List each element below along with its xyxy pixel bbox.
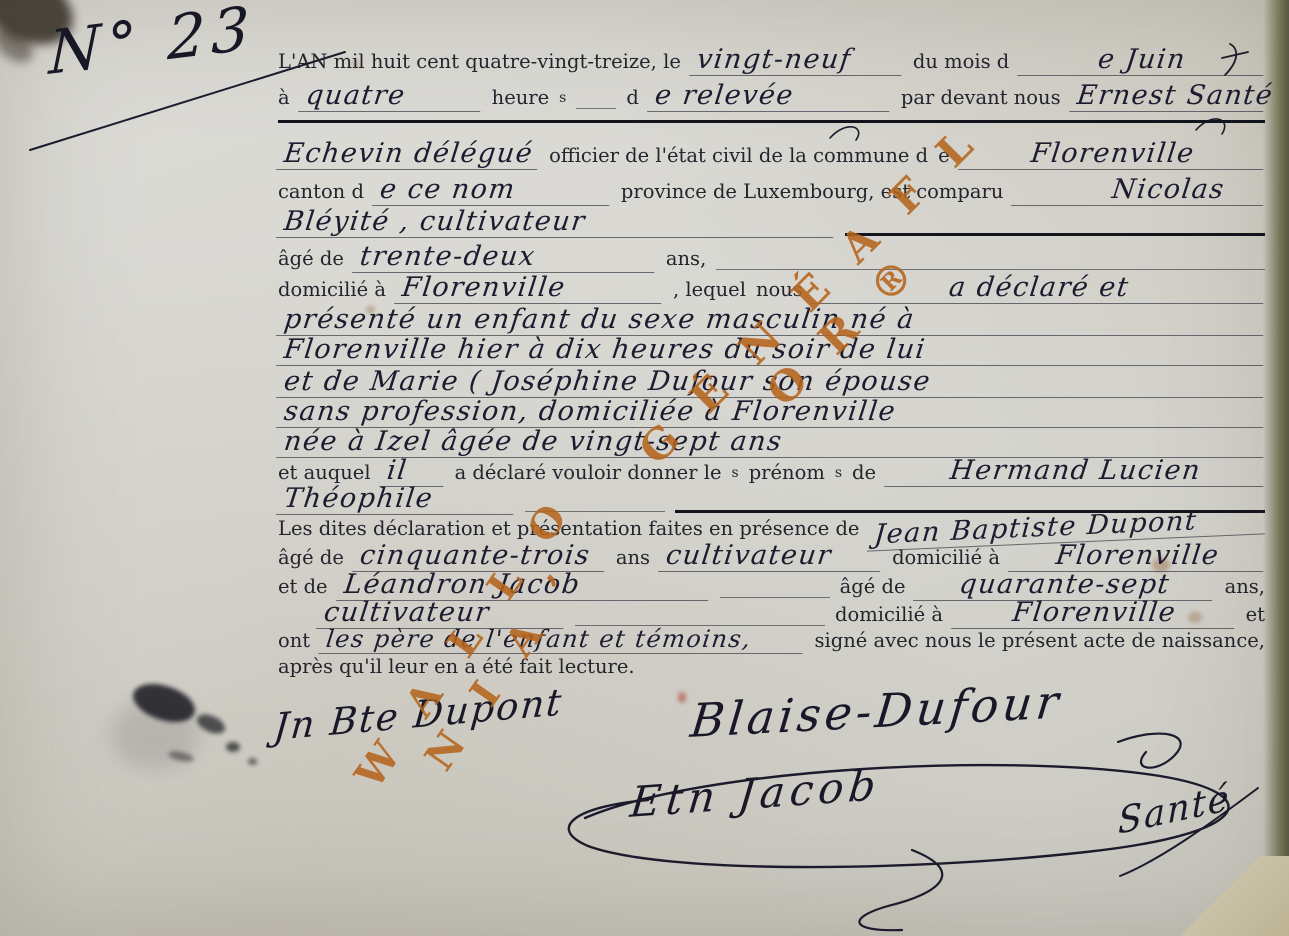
handwritten-witness1-occupation: cultivateur (658, 542, 884, 572)
handwritten-domicile: Florenville (394, 274, 665, 304)
printed-text: ans, (666, 247, 706, 270)
printed-text: âgé de (840, 575, 906, 598)
form-line-8: domicilié à Florenville , lequel nous a … (278, 274, 1265, 304)
handwritten-declaration: a déclaré et (811, 274, 1267, 304)
signature-witness2: Etn Jacob (628, 760, 883, 827)
form-line-12: sans profession, domiciliée à Florenvill… (278, 398, 1265, 428)
signature-witness1: Jn Bte Dupont (272, 680, 565, 749)
printed-text: du mois d (913, 50, 1009, 73)
handwritten-month: e Juin (1017, 46, 1266, 76)
handwritten-child-firstnames: Hermand Lucien (884, 457, 1267, 487)
birth-certificate-page: N° 23 L'AN mil huit cent quatre-vingt-tr… (0, 0, 1289, 936)
handwritten-text: née à Izel âgée de vingt-sept ans (276, 428, 1267, 458)
printed-plural-s: s (835, 465, 842, 481)
form-line-9: présenté un enfant du sexe masculin né à (278, 306, 1265, 336)
handwritten-witness1-age: cinquante-trois (352, 542, 608, 572)
printed-text: officier de l'état civil de la commune d (549, 144, 928, 167)
form-line-7: âgé de trente-deux ans, (278, 243, 1265, 273)
printed-text: , lequel (673, 278, 746, 301)
printed-text: domicilié à (892, 546, 1000, 569)
handwritten-registrar-name: Ernest Santé (1069, 82, 1267, 112)
handwritten-day: vingt-neuf (689, 46, 905, 76)
handwritten-canton: e ce nom (372, 176, 613, 206)
handwritten-mother-name: et de Marie ( Joséphine Dufour son épous… (276, 368, 1267, 398)
handwritten-declarant-firstname: Nicolas (1012, 176, 1267, 206)
printed-text: prénom (749, 461, 825, 484)
handwritten-age: trente-deux (352, 243, 658, 273)
printed-plural-s: s (732, 465, 739, 481)
printed-text: signé avec nous le présent acte de naiss… (815, 629, 1265, 652)
handwritten-relevee: e relevée (647, 82, 893, 112)
printed-text: après qu'il leur en a été fait lecture. (278, 655, 635, 678)
form-line-2: à quatre heure s d e relevée par devant … (278, 82, 1265, 112)
blank-rule (525, 509, 665, 512)
handwritten-witness1-domicile: Florenville (1008, 542, 1267, 572)
handwritten-child-firstname-3: Théophile (276, 485, 517, 515)
handwritten-commune: Florenville (958, 140, 1267, 170)
blank-rule (716, 267, 1265, 270)
handwritten-witness2-domicile: Florenville (951, 599, 1237, 629)
printed-text: nous (756, 278, 803, 301)
printed-text: domicilié à (835, 603, 943, 626)
form-line-17: âgé de cinquante-trois ans cultivateur d… (278, 542, 1265, 572)
printed-text: canton d (278, 180, 364, 203)
printed-text: âgé de (278, 546, 344, 569)
form-line-20: ont les père de l'enfant et témoins, sig… (278, 627, 1265, 654)
printed-text: L'AN mil huit cent quatre-vingt-treize, … (278, 50, 681, 73)
blank-rule (720, 595, 830, 598)
printed-text: domicilié à (278, 278, 386, 301)
printed-text: e (938, 144, 950, 167)
form-line-6: Bléyité , cultivateur (278, 208, 1265, 238)
blank-rule (576, 106, 616, 109)
form-line-16: Les dites déclaration et présentation fa… (278, 513, 1265, 543)
printed-text: ans, (1225, 575, 1265, 598)
form-line-21: après qu'il leur en a été fait lecture. (278, 655, 1265, 678)
handwritten-title: Echevin délégué (276, 140, 541, 170)
filled-blank-rule (278, 120, 1265, 123)
handwritten-text: sans profession, domiciliée à Florenvill… (276, 398, 1267, 428)
printed-plural-s: s (559, 90, 566, 106)
form-line-11: et de Marie ( Joséphine Dufour son épous… (278, 368, 1265, 398)
printed-text: par devant nous (901, 86, 1061, 109)
handwritten-text: présenté un enfant du sexe masculin né à (276, 306, 1267, 336)
printed-text: heure (492, 86, 550, 109)
handwritten-declarant-surname: Bléyité , cultivateur (276, 208, 837, 238)
form-line-1: L'AN mil huit cent quatre-vingt-treize, … (278, 46, 1265, 76)
printed-text: ans (616, 546, 650, 569)
form-line-10: Florenville hier à dix heures du soir de… (278, 336, 1265, 366)
printed-text: province de Luxembourg, est comparu (621, 180, 1003, 203)
printed-text: de (852, 461, 876, 484)
printed-text: d (626, 86, 638, 109)
printed-text: et auquel (278, 461, 371, 484)
form-line-5: canton d e ce nom province de Luxembourg… (278, 176, 1265, 206)
handwritten-hour: quatre (298, 82, 484, 112)
form-line-13: née à Izel âgée de vingt-sept ans (278, 428, 1265, 458)
printed-text: ont (278, 629, 310, 652)
printed-text: à (278, 86, 290, 109)
printed-text: âgé de (278, 247, 344, 270)
act-number: N° 23 (48, 0, 256, 89)
filled-blank-rule (845, 231, 1265, 236)
handwritten-text: Florenville hier à dix heures du soir de… (276, 336, 1267, 366)
printed-text: et de (278, 575, 328, 598)
signature-registrar: Santé (1118, 777, 1231, 843)
signature-father: Blaise-Dufour (688, 674, 1065, 748)
printed-text: Les dites déclaration et présentation fa… (278, 517, 859, 540)
printed-text: a déclaré vouloir donner le (455, 461, 722, 484)
form-line-4: Echevin délégué officier de l'état civil… (278, 140, 1265, 170)
handwritten-insert: les père de l'enfant et témoins, (318, 627, 806, 654)
printed-text: et (1246, 603, 1265, 626)
